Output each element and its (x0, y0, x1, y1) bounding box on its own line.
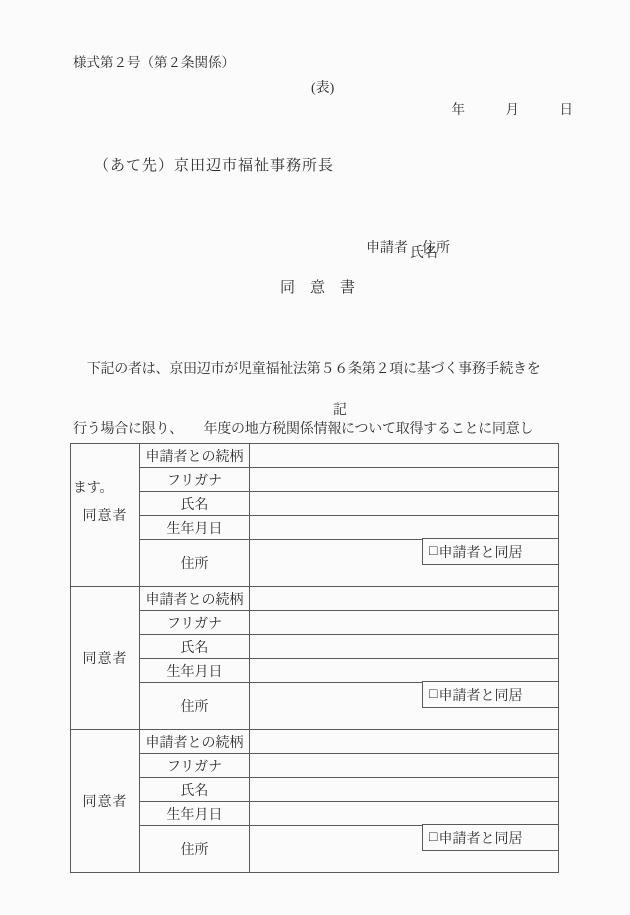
table-row: 生年月日 (71, 659, 559, 683)
row-label-birthdate: 生年月日 (140, 802, 250, 826)
input-cell-furigana (250, 754, 559, 778)
input-cell-name (250, 492, 559, 516)
consenter-header: 同意者 (71, 730, 140, 873)
row-label-name: 氏名 (140, 778, 250, 802)
checkbox-unchecked-icon: □ (429, 687, 437, 703)
table-row: 氏名 (71, 778, 559, 802)
table-row: 生年月日 (71, 802, 559, 826)
applicant-label: 申請者 (366, 241, 408, 256)
table-row: 同意者 申請者との続柄 (71, 444, 559, 468)
row-label-furigana: フリガナ (140, 754, 250, 778)
input-cell-name (250, 778, 559, 802)
date-line: 年 月 日 (452, 101, 574, 119)
table-row: フリガナ (71, 468, 559, 492)
consenter-header: 同意者 (71, 444, 140, 587)
checkbox-unchecked-icon: □ (429, 544, 437, 560)
table-row: 住所 □申請者と同居 (71, 540, 559, 587)
cohabit-label: 申請者と同居 (438, 828, 522, 848)
table-row: 住所 □申請者と同居 (71, 826, 559, 873)
input-cell-name (250, 635, 559, 659)
cohabit-label: 申請者と同居 (438, 685, 522, 705)
consenter-table: 同意者 申請者との続柄 フリガナ 氏名 生年月日 住所 □申請者と同居 同意 (70, 443, 559, 873)
document-title: 同 意 書 (280, 278, 355, 298)
row-label-name: 氏名 (140, 492, 250, 516)
cohabit-checkbox: □申請者と同居 (422, 538, 559, 565)
row-label-relationship: 申請者との続柄 (140, 444, 250, 468)
input-cell-address: □申請者と同居 (250, 683, 559, 730)
row-label-name: 氏名 (140, 635, 250, 659)
row-label-address: 住所 (140, 540, 250, 587)
form-number: 様式第２号（第２条関係） (73, 54, 235, 72)
input-cell-relationship (250, 444, 559, 468)
table-row: 生年月日 (71, 516, 559, 540)
input-cell-birthdate (250, 659, 559, 683)
row-label-birthdate: 生年月日 (140, 659, 250, 683)
cohabit-label: 申請者と同居 (438, 542, 522, 562)
front-side-label: (表) (311, 80, 334, 99)
body-line: 行う場合に限り、 年度の地方税関係情報について取得することに同意し (73, 419, 541, 441)
table-row: 氏名 (71, 492, 559, 516)
input-cell-relationship (250, 730, 559, 754)
table-row: フリガナ (71, 611, 559, 635)
table-row: フリガナ (71, 754, 559, 778)
input-cell-birthdate (250, 516, 559, 540)
row-label-furigana: フリガナ (140, 468, 250, 492)
table-row: 氏名 (71, 635, 559, 659)
body-line: 下記の者は、京田辺市が児童福祉法第５６条第２項に基づく事務手続きを (73, 359, 541, 381)
cohabit-checkbox: □申請者と同居 (422, 681, 559, 708)
input-cell-furigana (250, 611, 559, 635)
input-cell-furigana (250, 468, 559, 492)
input-cell-birthdate (250, 802, 559, 826)
checkbox-unchecked-icon: □ (429, 830, 437, 846)
input-cell-address: □申請者と同居 (250, 540, 559, 587)
row-label-furigana: フリガナ (140, 611, 250, 635)
consenter-header: 同意者 (71, 587, 140, 730)
table-row: 同意者 申請者との続柄 (71, 587, 559, 611)
cohabit-checkbox: □申請者と同居 (422, 824, 559, 851)
row-label-address: 住所 (140, 683, 250, 730)
table-row: 同意者 申請者との続柄 (71, 730, 559, 754)
row-label-birthdate: 生年月日 (140, 516, 250, 540)
ki-heading: 記 (333, 402, 347, 421)
applicant-name-label: 氏名 (410, 245, 438, 264)
input-cell-address: □申請者と同居 (250, 826, 559, 873)
addressee-line: （あて先）京田辺市福祉事務所長 (94, 156, 334, 176)
row-label-relationship: 申請者との続柄 (140, 730, 250, 754)
table-row: 住所 □申請者と同居 (71, 683, 559, 730)
input-cell-relationship (250, 587, 559, 611)
row-label-address: 住所 (140, 826, 250, 873)
document-page: 様式第２号（第２条関係） (表) 年 月 日 （あて先）京田辺市福祉事務所長 申… (0, 0, 630, 915)
row-label-relationship: 申請者との続柄 (140, 587, 250, 611)
